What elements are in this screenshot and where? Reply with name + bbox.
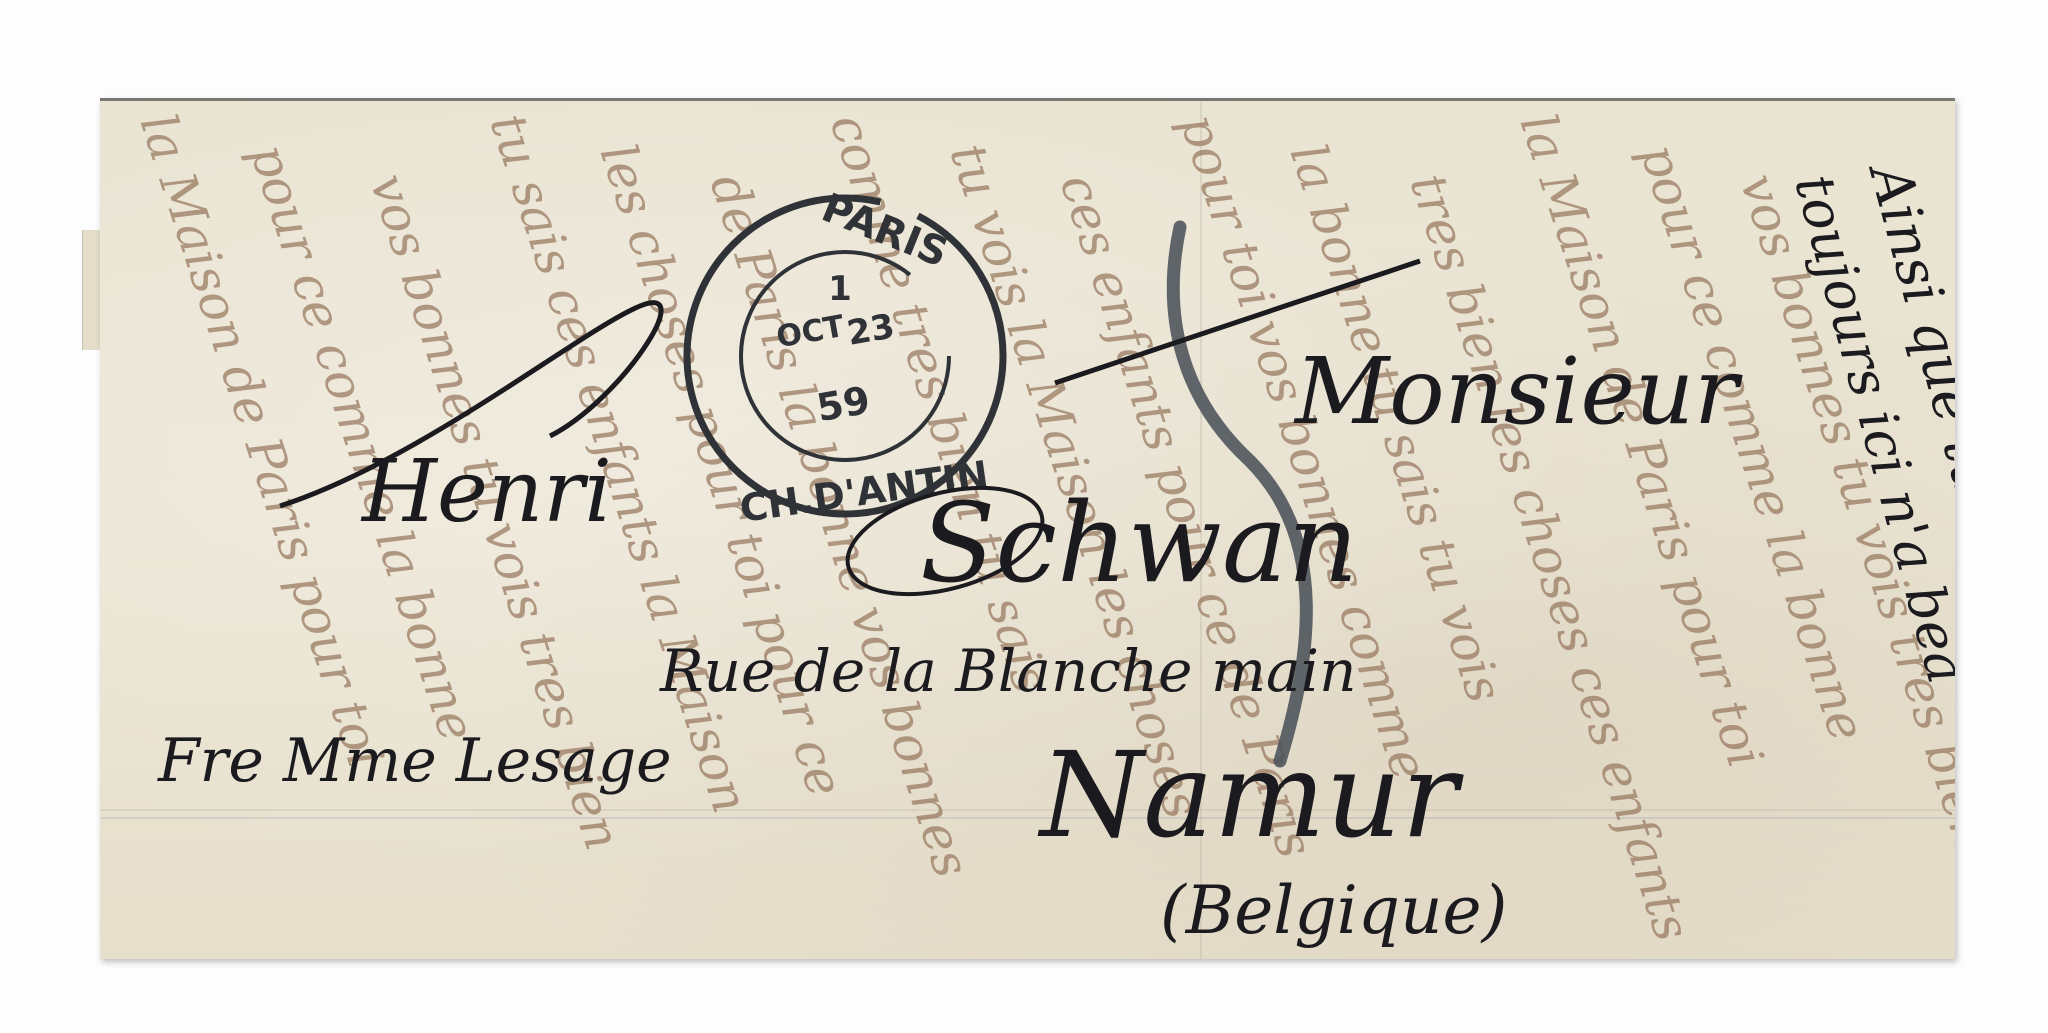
address-street: Rue de la Blanche main (659, 637, 1356, 705)
address-city: Namur (1037, 726, 1464, 864)
letter-writing-layer: la Maison de Paris pour toipour ce comme… (100, 101, 1955, 959)
address-first-name: Henri (360, 442, 612, 542)
postmark-year: 59 (813, 378, 873, 431)
address-last-name: Schwan (920, 479, 1358, 607)
address-salutation: Monsieur (1293, 338, 1743, 445)
sender-note: Fre Mme Lesage (157, 726, 672, 796)
address-country: (Belgique) (1160, 872, 1507, 949)
folded-letter: la Maison de Paris pour toipour ce comme… (100, 98, 1955, 959)
postmark-day: 23 (844, 306, 898, 354)
postmark-line1: 1 (828, 269, 852, 309)
